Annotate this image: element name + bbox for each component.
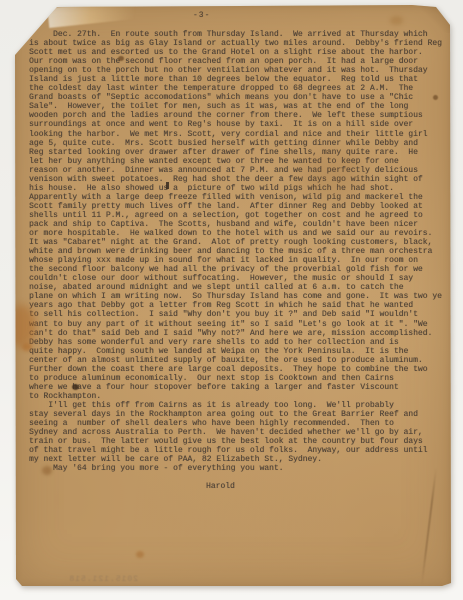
letter-line: train or bus. The latter would give us t…	[29, 437, 442, 446]
letter-body: Dec. 27th. En route south from Thursday …	[29, 30, 442, 491]
letter-line: the second floor balcony we had all the …	[29, 265, 442, 274]
signature: Harold	[29, 482, 442, 491]
ink-blot	[72, 384, 79, 390]
page-number: -3-	[193, 11, 210, 20]
letter-line: Island is just a little more than 10 deg…	[29, 75, 442, 84]
ink-blot	[166, 182, 169, 189]
letter-line: Our room was on the second floor reached…	[29, 57, 442, 66]
letter-line: or more hospitable. He walked down to th…	[29, 229, 442, 238]
stain	[390, 16, 403, 25]
letter-line: whose playing xxx made up in sound for w…	[29, 256, 442, 265]
letter-lines: Dec. 27th. En route south from Thursday …	[29, 30, 442, 473]
letter-line: my next letter will be care of PAA, 82 E…	[29, 455, 442, 464]
stain	[136, 551, 144, 558]
letter-line: to sell his collection. I said "Why don'…	[29, 310, 442, 319]
letter-line: Reg started looking over drawer after dr…	[29, 148, 442, 157]
letter-line: seeing a number of shell dealers who hav…	[29, 419, 442, 428]
letter-line: Further down the coast there are large c…	[29, 365, 442, 374]
letter-line: Sydney and across Australia to Perth. We…	[29, 428, 442, 437]
letter-line: plane on which I am writing now. So Thur…	[29, 292, 442, 301]
stain	[22, 343, 32, 351]
letter-line: quite happy. Coming south we landed at W…	[29, 347, 442, 356]
letter-line: let her buy anything she wanted except t…	[29, 157, 442, 166]
letter-line: pack and ship to Captiva. The Scotts, hu…	[29, 220, 442, 229]
letter-line: I'll get this off from Cairns as it is a…	[29, 401, 442, 410]
reverse-stamp: 2015.121.518	[68, 575, 138, 584]
letter-line: noise, abated around midnight and we sle…	[29, 283, 442, 292]
letter-paper: -3- Dec. 27th. En route south from Thurs…	[14, 5, 451, 587]
letter-line: to Rockhampton.	[29, 392, 442, 401]
letter-line: center of an almost unlimited supply of …	[29, 356, 442, 365]
letter-line: where we have a four hour stopover befor…	[29, 383, 442, 392]
letter-line: Dec. 27th. En route south from Thursday …	[29, 30, 442, 39]
letter-line: venison with sweet potatoes. Reg had sho…	[29, 175, 442, 184]
corner-fold	[419, 5, 451, 33]
letter-line: of that travel might be a little rough f…	[29, 446, 442, 455]
scan-background: -3- Dec. 27th. En route south from Thurs…	[0, 0, 463, 600]
letter-line: wooden porch and the ladies around the c…	[29, 111, 442, 120]
torn-paper-patch	[47, 5, 145, 28]
letter-line: looking the harbor. We met Mrs. Scott, v…	[29, 130, 442, 139]
letter-line: opening on to the porch but no other ven…	[29, 66, 442, 75]
letter-line: Apparently with a large deep freeze fill…	[29, 193, 442, 202]
letter-line: stay several days in the Rockhampton are…	[29, 410, 442, 419]
stain	[300, 150, 364, 200]
letter-line: shells until 11 P.M., agreed on a select…	[29, 211, 442, 220]
stain	[118, 56, 124, 61]
letter-line: the coldest day last winter the temperat…	[29, 84, 442, 93]
letter-line: surroundings at once and went to Reg's h…	[29, 120, 442, 129]
letter-line: Grand boasts of "Septic accomodations" w…	[29, 93, 442, 102]
stain	[42, 466, 52, 475]
stain	[433, 95, 438, 100]
letter-line: It was "Cabaret" night at the Grand. Alo…	[29, 238, 442, 247]
letter-line: his house. He also showed us a picture o…	[29, 184, 442, 193]
letter-line: to produce aluminum economically. Our ne…	[29, 374, 442, 383]
letter-line: Sale". However, the toilet for men, such…	[29, 102, 442, 111]
letter-line: reason or another. Dinner was announced …	[29, 166, 442, 175]
letter-line: want to buy any part of it without seein…	[29, 320, 442, 329]
letter-line: couldn't close our door without suffocat…	[29, 274, 442, 283]
letter-line: is about twice as big as Glay Island or …	[29, 39, 442, 48]
letter-line: Scott met us and escorted us to the Gran…	[29, 48, 442, 57]
letter-line: white and brown were drinking beer and d…	[29, 247, 442, 256]
letter-line: May '64 bring you more - of everything y…	[29, 464, 442, 473]
letter-line: Scott family pretty much lives off the l…	[29, 202, 442, 211]
letter-line: can't do that" said Deb and I said "Why …	[29, 329, 442, 338]
letter-line: years ago that Debby got a letter from R…	[29, 301, 442, 310]
letter-line: Debby has some wonderful and very rare s…	[29, 338, 442, 347]
letter-line: age 5, quite cute. Mrs. Scott busied her…	[29, 139, 442, 148]
